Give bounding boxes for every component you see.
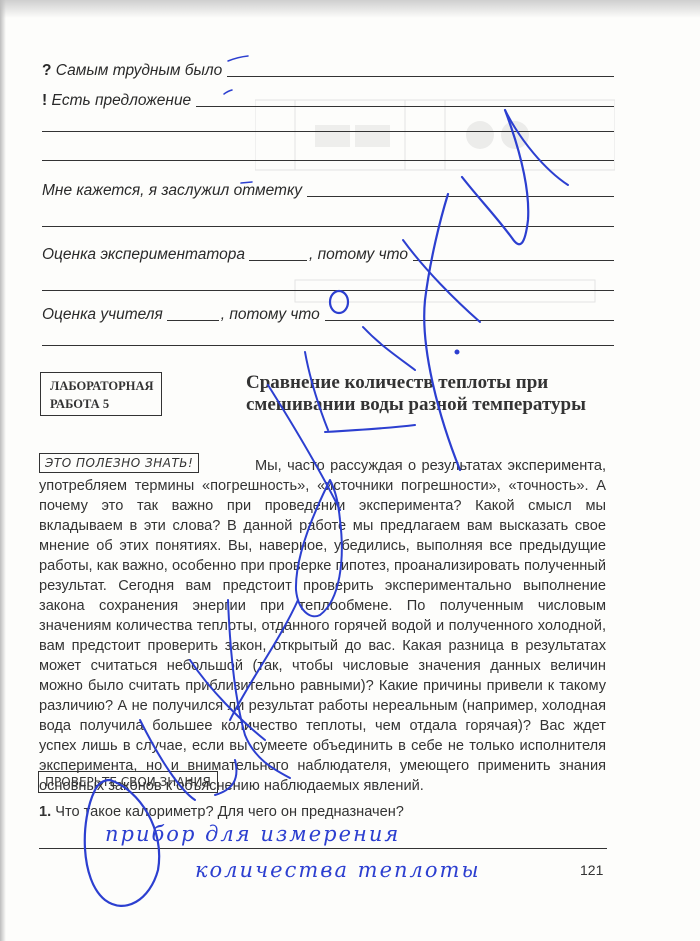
teacher-reason-line[interactable] — [325, 319, 614, 321]
scan-top-shadow — [0, 0, 700, 18]
experimenter-grade-row: Оценка экспериментатора , потому что — [42, 242, 614, 264]
page-number: 121 — [580, 862, 603, 878]
suggestion-answer-line[interactable] — [196, 105, 614, 107]
suggestion-line-2[interactable] — [42, 131, 614, 132]
check-knowledge-tag: ПРОВЕРЬТЕ СВОИ ЗНАНИЯ — [38, 771, 218, 793]
useful-to-know-paragraph: Мы, часто рассуждая о результатах экспер… — [39, 458, 606, 794]
teacher-grade-row: Оценка учителя , потому что — [42, 302, 614, 324]
experimenter-grade-blank[interactable] — [249, 259, 307, 261]
answer-line[interactable] — [39, 848, 607, 849]
experimenter-reason-line-2[interactable] — [42, 290, 614, 291]
question-1: 1. Что такое калориметр? Для чего он пре… — [39, 804, 404, 820]
question-number: 1. — [39, 804, 51, 820]
handwritten-answer-line2[interactable]: количества теплоты — [195, 858, 481, 882]
lab-work-label-line1: ЛАБОРАТОРНАЯ — [50, 377, 161, 395]
deserved-grade-row: Мне кажется, я заслужил отметку — [42, 178, 614, 200]
deserved-grade-label: Мне кажется, я заслужил отметку — [42, 182, 302, 200]
experimenter-because-label: , потому что — [309, 246, 408, 264]
indent-spacer — [39, 469, 255, 470]
teacher-because-label: , потому что — [221, 306, 320, 324]
teacher-reason-line-2[interactable] — [42, 345, 614, 346]
scan-left-edge — [0, 0, 6, 941]
hardest-row: ? Самым трудным было — [42, 58, 614, 80]
experimenter-grade-label: Оценка экспериментатора — [42, 246, 245, 264]
teacher-grade-label: Оценка учителя — [42, 306, 163, 324]
lab-work-label-box: ЛАБОРАТОРНАЯ РАБОТА 5 — [40, 372, 162, 416]
lab-title: Сравнение количеств теплоты при смешиван… — [246, 372, 606, 416]
show-through-table — [255, 80, 615, 340]
suggestion-label: ! Есть предложение — [42, 92, 191, 110]
suggestion-line-3[interactable] — [42, 160, 614, 161]
hardest-label: ? Самым трудным было — [42, 62, 222, 80]
lab-work-label-line2: РАБОТА 5 — [50, 395, 161, 413]
deserved-grade-line-2[interactable] — [42, 226, 614, 227]
useful-to-know-text: Мы, часто рассуждая о результатах экспер… — [39, 456, 606, 796]
deserved-grade-line[interactable] — [307, 195, 614, 197]
teacher-grade-blank[interactable] — [167, 319, 219, 321]
experimenter-reason-line[interactable] — [413, 259, 614, 261]
handwritten-answer-line1[interactable]: прибор для измерения — [105, 822, 400, 846]
suggestion-row: ! Есть предложение — [42, 88, 614, 110]
hardest-answer-line[interactable] — [227, 75, 614, 77]
question-text: Что такое калориметр? Для чего он предна… — [55, 804, 404, 820]
